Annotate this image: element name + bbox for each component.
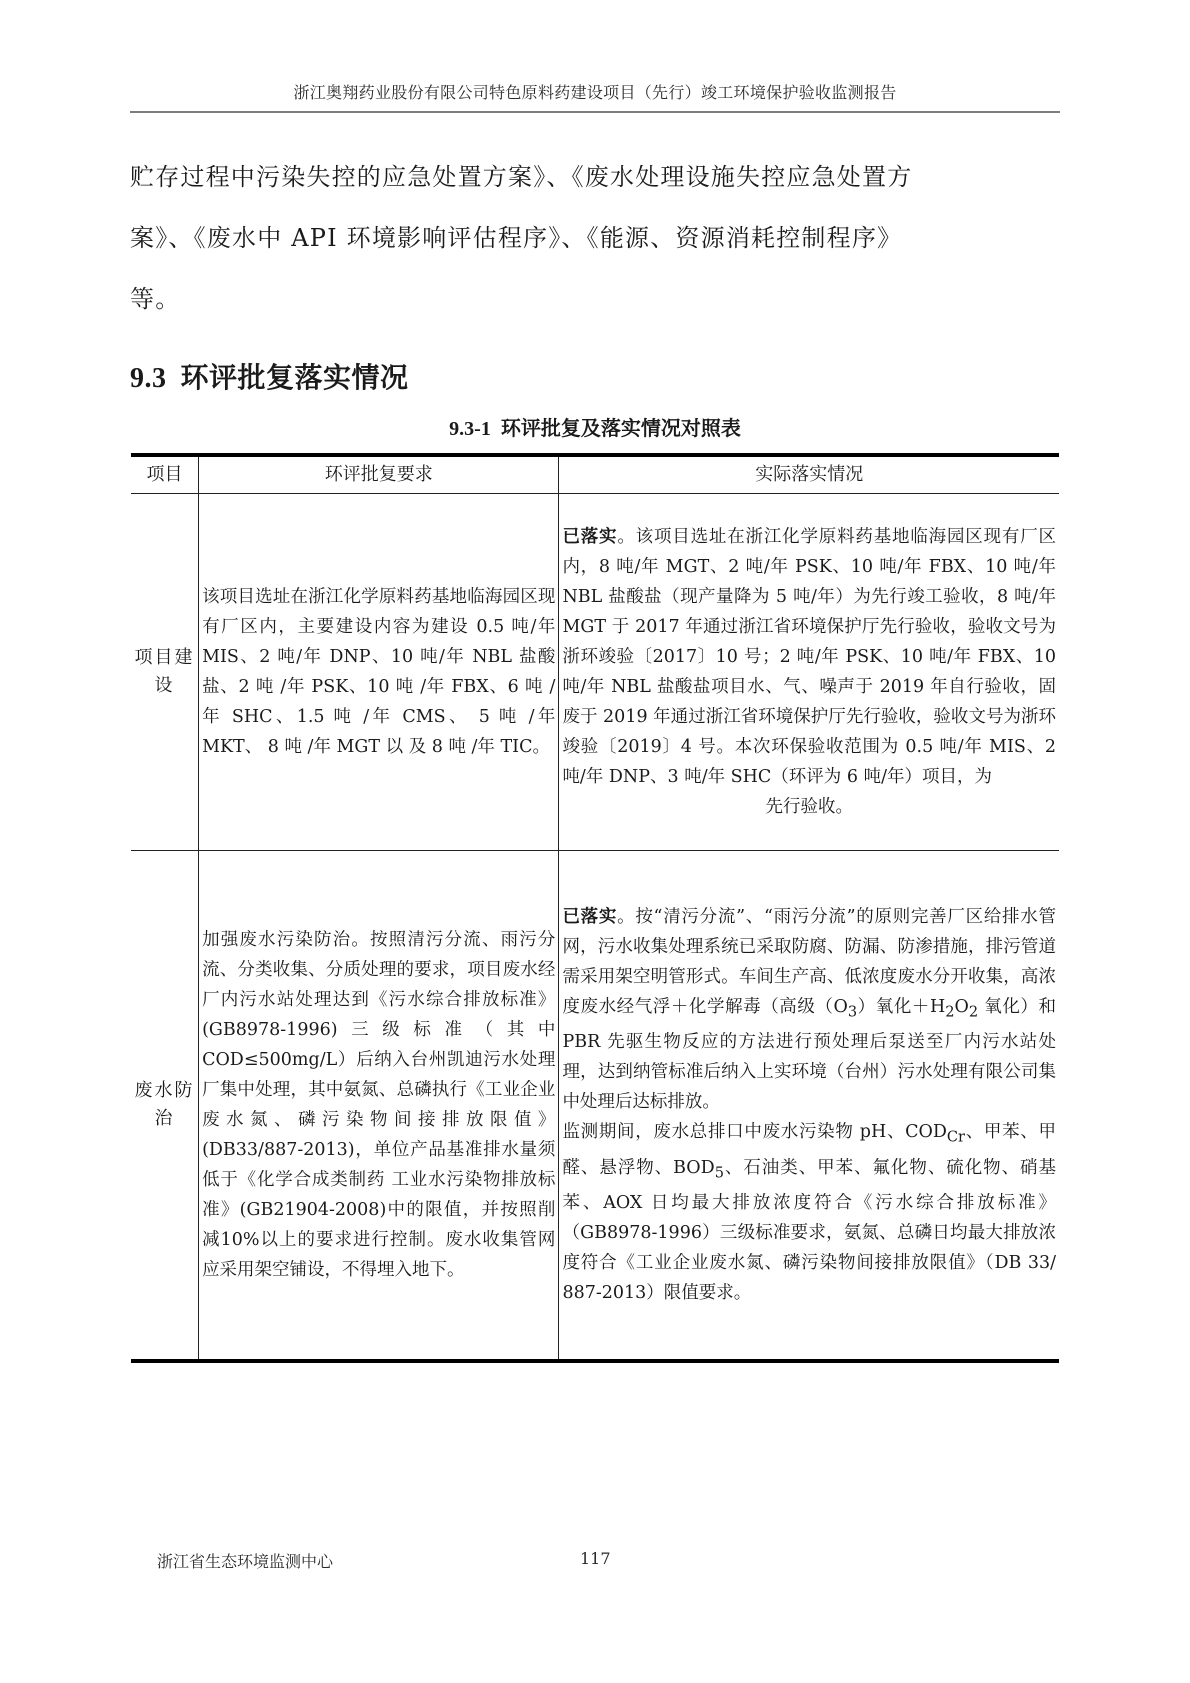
table-header-row: 项目 环评批复要求 实际落实情况 <box>131 455 1059 494</box>
subscript: 2 <box>969 1003 978 1020</box>
actual-text: O <box>955 997 969 1017</box>
subscript: 2 <box>945 1003 954 1020</box>
row-actual: 已落实。该项目选址在浙江化学原料药基地临海园区现有厂区内，8 吨/年 MGT、2… <box>559 494 1059 851</box>
intro-line: 案》、《废水中 API 环境影响评估程序》、《能源、资源消耗控制程序》 <box>130 208 1060 269</box>
actual-text: ）氧化＋H <box>857 997 945 1017</box>
table-caption: 9.3-1环评批复及落实情况对照表 <box>130 412 1060 441</box>
status-implemented: 已落实 <box>562 527 617 547</box>
intro-paragraph: 贮存过程中污染失控的应急处置方案》、《废水处理设施失控应急处置方 案》、《废水中… <box>130 147 1060 330</box>
column-header-actual: 实际落实情况 <box>559 455 1059 494</box>
section-heading: 9.3环评批复落实情况 <box>130 356 409 396</box>
subscript: 3 <box>848 1003 857 1020</box>
section-number: 9.3 <box>130 363 167 394</box>
document-header: 浙江奥翔药业股份有限公司特色原料药建设项目（先行）竣工环境保护验收监测报告 <box>130 80 1060 103</box>
actual-text: 监测期间，废水总排口中废水污染物 pH、COD <box>562 1122 946 1142</box>
actual-text: 。该项目选址在浙江化学原料药基地临海园区现有厂区内，8 吨/年 MGT、2 吨/… <box>562 527 1056 787</box>
actual-paragraph-2: 监测期间，废水总排口中废水污染物 pH、CODCr、甲苯、甲醛、悬浮物、BOD5… <box>562 1117 1056 1308</box>
header-divider <box>130 111 1060 113</box>
section-title: 环评批复落实情况 <box>181 361 409 394</box>
column-header-item: 项目 <box>131 455 199 494</box>
intro-line: 贮存过程中污染失控的应急处置方案》、《废水处理设施失控应急处置方 <box>130 147 1060 208</box>
approval-comparison-table: 项目 环评批复要求 实际落实情况 项目建设 该项目选址在浙江化学原料药基地临海园… <box>131 453 1059 1363</box>
page-number: 117 <box>580 1549 611 1568</box>
subscript: Cr <box>947 1129 965 1146</box>
table-title: 环评批复及落实情况对照表 <box>501 416 741 440</box>
intro-line: 等。 <box>130 269 1060 330</box>
actual-text: 、石油类、甲苯、氟化物、硫化物、硝基苯、AOX 日均最大排放浓度符合《污水综合排… <box>562 1158 1056 1304</box>
column-header-requirement: 环评批复要求 <box>199 455 559 494</box>
table-number: 9.3-1 <box>449 418 491 440</box>
footer-organization: 浙江省生态环境监测中心 <box>157 1549 333 1572</box>
table-row: 废水防治 加强废水污染防治。按照清污分流、雨污分流、分类收集、分质处理的要求，项… <box>131 851 1059 1361</box>
row-item-label: 废水防治 <box>131 851 199 1361</box>
actual-paragraph-1: 已落实。按“清污分流”、“雨污分流”的原则完善厂区给排水管网，污水收集处理系统已… <box>562 902 1056 1118</box>
row-requirement: 加强废水污染防治。按照清污分流、雨污分流、分类收集、分质处理的要求，项目废水经厂… <box>199 851 559 1361</box>
row-actual: 已落实。按“清污分流”、“雨污分流”的原则完善厂区给排水管网，污水收集处理系统已… <box>559 851 1059 1361</box>
row-requirement: 该项目选址在浙江化学原料药基地临海园区现有厂区内，主要建设内容为建设 0.5 吨… <box>199 494 559 851</box>
subscript: 5 <box>715 1164 724 1181</box>
actual-text-last-line: 先行验收。 <box>562 792 1056 822</box>
row-item-label: 项目建设 <box>131 494 199 851</box>
status-implemented: 已落实 <box>562 907 617 927</box>
table-row: 项目建设 该项目选址在浙江化学原料药基地临海园区现有厂区内，主要建设内容为建设 … <box>131 494 1059 851</box>
